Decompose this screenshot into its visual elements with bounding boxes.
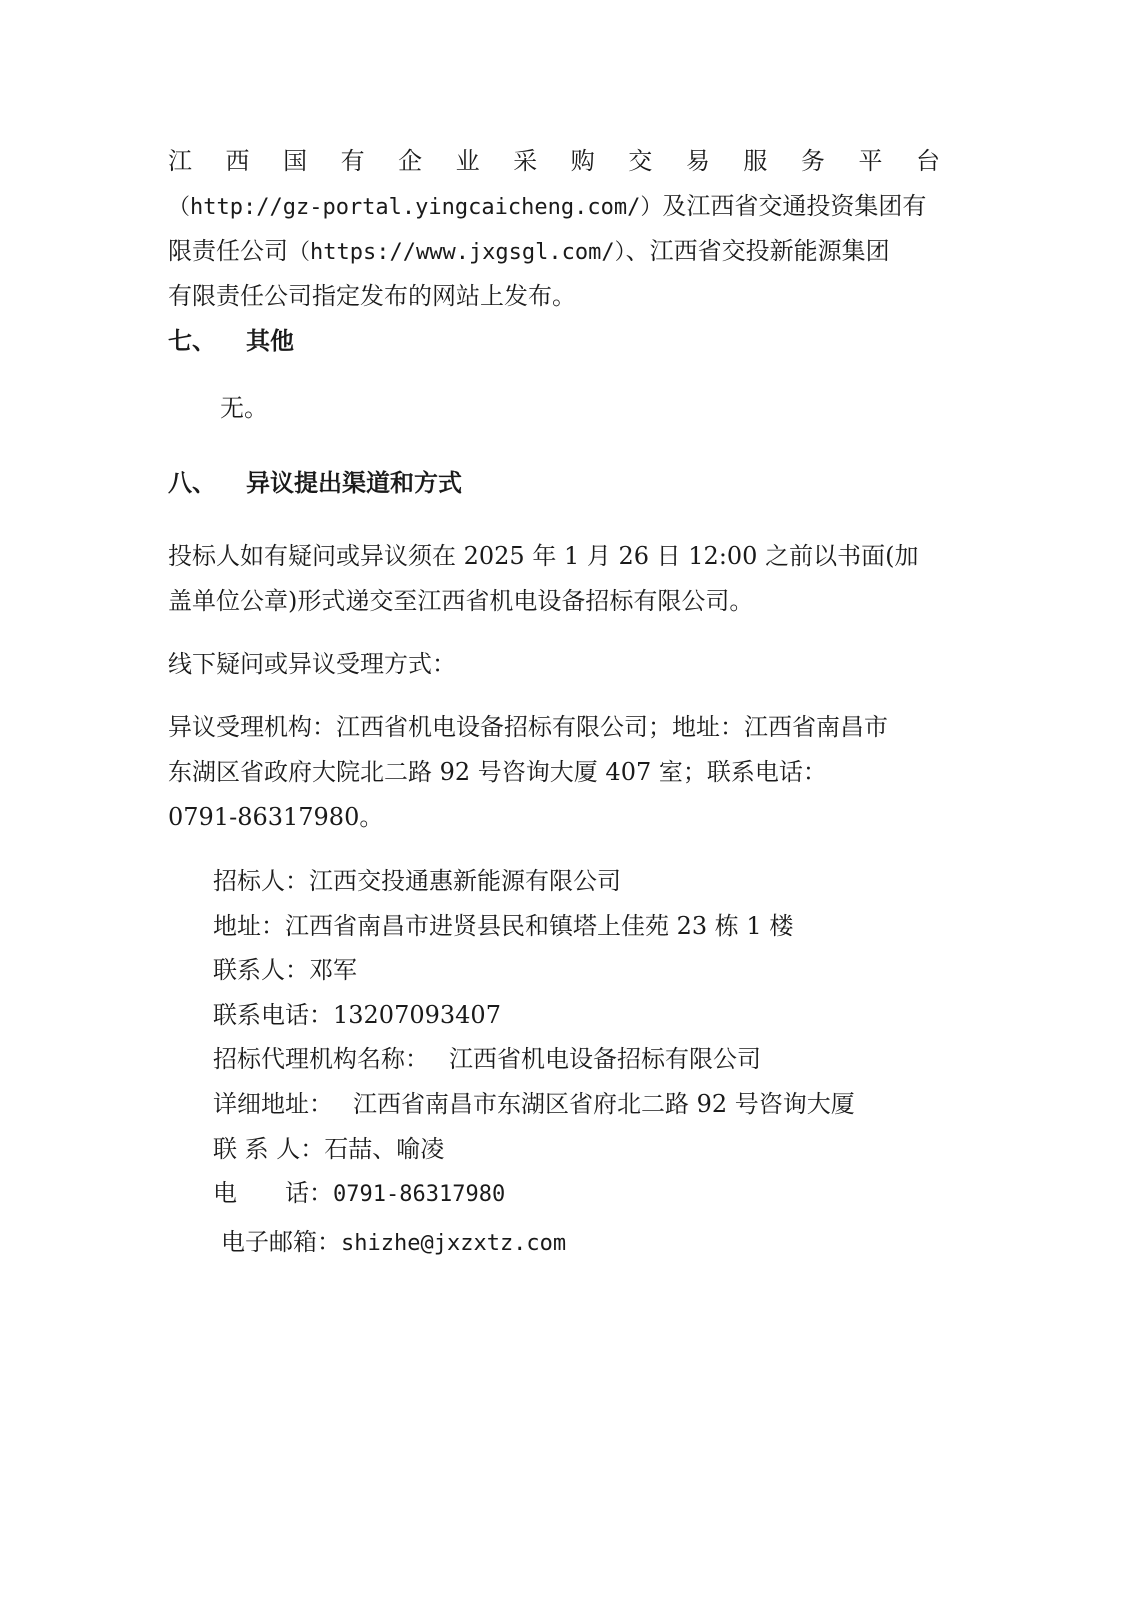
agency-address-value: 江西省南昌市东湖区省府北二路 92 号咨询大厦 <box>353 1090 855 1118</box>
contact-value: 邓军 <box>309 956 357 984</box>
section7-heading: 七、其他 <box>168 326 294 356</box>
email-row: 电子邮箱：shizhe@jxzxtz.com <box>221 1227 566 1259</box>
contact-label: 联系人： <box>213 956 309 984</box>
section8-heading: 八、异议提出渠道和方式 <box>168 468 462 498</box>
section8-para3-line1: 异议受理机构：江西省机电设备招标有限公司；地址：江西省南昌市 <box>168 712 888 742</box>
email-label: 电子邮箱： <box>221 1228 341 1256</box>
section6-line3: 限责任公司（https://www.jxgsgl.com/）、江西省交投新能源集… <box>168 236 890 268</box>
section6-line1: 江 西 国 有 企 业 采 购 交 易 服 务 平 台 <box>168 146 940 176</box>
tenderer-row: 招标人：江西交投通惠新能源有限公司 <box>213 866 621 896</box>
phone-label: 联系电话： <box>213 1001 333 1029</box>
platform-url: （http://gz-portal.yingcaicheng.com/） <box>168 195 662 220</box>
section8-para2: 线下疑问或异议受理方式： <box>168 649 456 679</box>
agency-label: 招标代理机构名称： <box>213 1045 429 1073</box>
address-value: 江西省南昌市进贤县民和镇塔上佳苑 23 栋 1 楼 <box>285 912 793 940</box>
contact-row: 联系人：邓军 <box>213 955 357 985</box>
company-url: （https://www.jxgsgl.com/） <box>288 240 626 265</box>
section6-line2: （http://gz-portal.yingcaicheng.com/）及江西省… <box>168 191 926 223</box>
section6-line2-text: 及江西省交通投资集团有 <box>662 192 926 220</box>
section7-title: 其他 <box>246 327 294 355</box>
tenderer-value: 江西交投通惠新能源有限公司 <box>309 867 621 895</box>
section7-body: 无。 <box>220 393 268 423</box>
address-label: 地址： <box>213 912 285 940</box>
section8-para1-line1: 投标人如有疑问或异议须在 2025 年 1 月 26 日 12:00 之前以书面… <box>168 541 918 571</box>
agency-value: 江西省机电设备招标有限公司 <box>449 1045 761 1073</box>
phone-row: 联系电话：13207093407 <box>213 1000 501 1030</box>
section8-para3-line2: 东湖区省政府大院北二路 92 号咨询大厦 407 室；联系电话： <box>168 757 827 787</box>
agency-contact-label: 联 系 人： <box>213 1135 324 1163</box>
section8-title: 异议提出渠道和方式 <box>246 469 462 497</box>
agency-phone-label: 电 话： <box>213 1179 333 1207</box>
agency-address-label: 详细地址： <box>213 1090 333 1118</box>
agency-contact-value: 石喆、喻凌 <box>324 1135 444 1163</box>
agency-address-row: 详细地址：江西省南昌市东湖区省府北二路 92 号咨询大厦 <box>213 1089 855 1119</box>
section6-line4: 有限责任公司指定发布的网站上发布。 <box>168 281 576 311</box>
agency-contact-row: 联 系 人：石喆、喻凌 <box>213 1134 444 1164</box>
section6-line3-text-a: 限责任公司 <box>168 237 288 265</box>
agency-phone-row: 电 话：0791-86317980 <box>213 1178 505 1210</box>
phone-value: 13207093407 <box>333 1001 501 1029</box>
address-row: 地址：江西省南昌市进贤县民和镇塔上佳苑 23 栋 1 楼 <box>213 911 793 941</box>
agency-row: 招标代理机构名称：江西省机电设备招标有限公司 <box>213 1044 761 1074</box>
section6-line3-text-b: 、江西省交投新能源集团 <box>626 237 890 265</box>
section8-number: 八、 <box>168 468 246 498</box>
section7-number: 七、 <box>168 326 246 356</box>
email-value: shizhe@jxzxtz.com <box>341 1231 566 1256</box>
agency-phone-value: 0791-86317980 <box>333 1182 505 1207</box>
section8-para3-line3: 0791-86317980。 <box>168 802 383 832</box>
tenderer-label: 招标人： <box>213 867 309 895</box>
section8-para1-line2: 盖单位公章)形式递交至江西省机电设备招标有限公司。 <box>168 586 753 616</box>
